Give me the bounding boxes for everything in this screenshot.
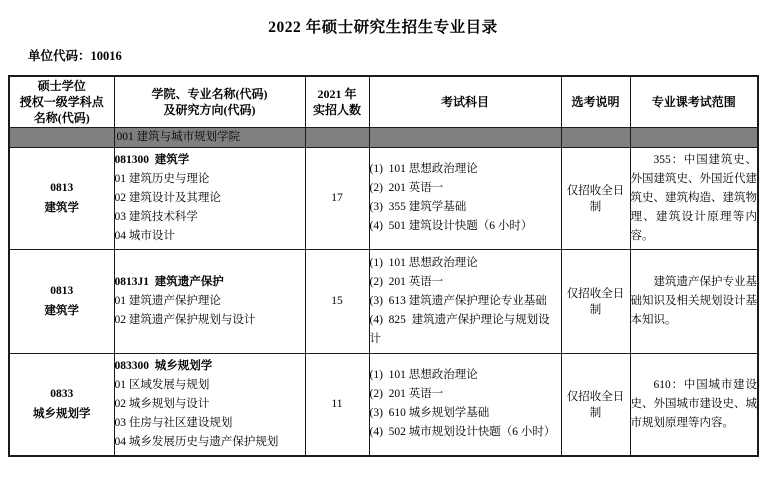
research-directions: 01 建筑历史与理论 02 建筑设计及其理论 03 建筑技术科学 04 城市设计 xyxy=(115,170,305,246)
section-empty-cell xyxy=(305,127,369,147)
section-empty-cell xyxy=(9,127,114,147)
program-cell: 0813J1 建筑遗产保护 01 建筑遗产保护理论 02 建筑遗产保护规划与设计 xyxy=(114,249,305,353)
exam-scope-cell: 355：中国建筑史、外国建筑史、外国近代建筑史、建筑构造、建筑物理、建筑设计原理… xyxy=(630,147,758,249)
section-empty-cell xyxy=(630,127,758,147)
college-section-row: 001 建筑与城市规划学院 xyxy=(9,127,758,147)
table-row: 0833 城乡规划学 083300 城乡规划学 01 区域发展与规划 02 城乡… xyxy=(9,353,758,456)
exam-scope-cell: 建筑遗产保护专业基础知识及相关规划设计基本知识。 xyxy=(630,249,758,353)
program-code-title: 0813J1 建筑遗产保护 xyxy=(115,273,305,292)
table-header-row: 硕士学位 授权一级学科点 名称(代码) 学院、专业名称(代码) 及研究方向(代码… xyxy=(9,76,758,127)
exam-subjects-cell: (1) 101 思想政治理论 (2) 201 英语一 (3) 355 建筑学基础… xyxy=(369,147,561,249)
program-cell: 081300 建筑学 01 建筑历史与理论 02 建筑设计及其理论 03 建筑技… xyxy=(114,147,305,249)
research-directions: 01 区域发展与规划 02 城乡规划与设计 03 住房与社区建设规划 04 城乡… xyxy=(115,376,305,452)
header-enrolled: 2021 年 实招人数 xyxy=(305,76,369,127)
elective-note-cell: 仅招收全日制 xyxy=(561,249,630,353)
page-title: 2022 年硕士研究生招生专业目录 xyxy=(0,15,766,37)
table-row: 0813 建筑学 0813J1 建筑遗产保护 01 建筑遗产保护理论 02 建筑… xyxy=(9,249,758,353)
document-page: 2022 年硕士研究生招生专业目录 单位代码：10016 硕士学位 授权一级学科… xyxy=(0,0,766,482)
enrolled-count-cell: 17 xyxy=(305,147,369,249)
research-directions: 01 建筑遗产保护理论 02 建筑遗产保护规划与设计 xyxy=(115,292,305,330)
exam-subjects-cell: (1) 101 思想政治理论 (2) 201 英语一 (3) 610 城乡规划学… xyxy=(369,353,561,456)
section-empty-cell xyxy=(561,127,630,147)
program-code-title: 083300 城乡规划学 xyxy=(115,357,305,376)
college-section-label: 001 建筑与城市规划学院 xyxy=(114,127,305,147)
header-program: 学院、专业名称(代码) 及研究方向(代码) xyxy=(114,76,305,127)
elective-note-cell: 仅招收全日制 xyxy=(561,353,630,456)
enrolled-count-cell: 15 xyxy=(305,249,369,353)
program-code-title: 081300 建筑学 xyxy=(115,151,305,170)
section-empty-cell xyxy=(369,127,561,147)
exam-scope-cell: 610：中国城市建设史、外国城市建设史、城市规划原理等内容。 xyxy=(630,353,758,456)
discipline-cell: 0833 城乡规划学 xyxy=(9,353,114,456)
discipline-cell: 0813 建筑学 xyxy=(9,147,114,249)
header-exam-scope: 专业课考试范围 xyxy=(630,76,758,127)
header-elective-note: 选考说明 xyxy=(561,76,630,127)
header-discipline: 硕士学位 授权一级学科点 名称(代码) xyxy=(9,76,114,127)
program-cell: 083300 城乡规划学 01 区域发展与规划 02 城乡规划与设计 03 住房… xyxy=(114,353,305,456)
unit-code-label: 单位代码：10016 xyxy=(28,46,122,64)
table-row: 0813 建筑学 081300 建筑学 01 建筑历史与理论 02 建筑设计及其… xyxy=(9,147,758,249)
exam-subjects-cell: (1) 101 思想政治理论 (2) 201 英语一 (3) 613 建筑遗产保… xyxy=(369,249,561,353)
admission-catalog-table: 硕士学位 授权一级学科点 名称(代码) 学院、专业名称(代码) 及研究方向(代码… xyxy=(8,75,759,457)
elective-note-cell: 仅招收全日制 xyxy=(561,147,630,249)
header-subjects: 考试科目 xyxy=(369,76,561,127)
enrolled-count-cell: 11 xyxy=(305,353,369,456)
discipline-cell: 0813 建筑学 xyxy=(9,249,114,353)
